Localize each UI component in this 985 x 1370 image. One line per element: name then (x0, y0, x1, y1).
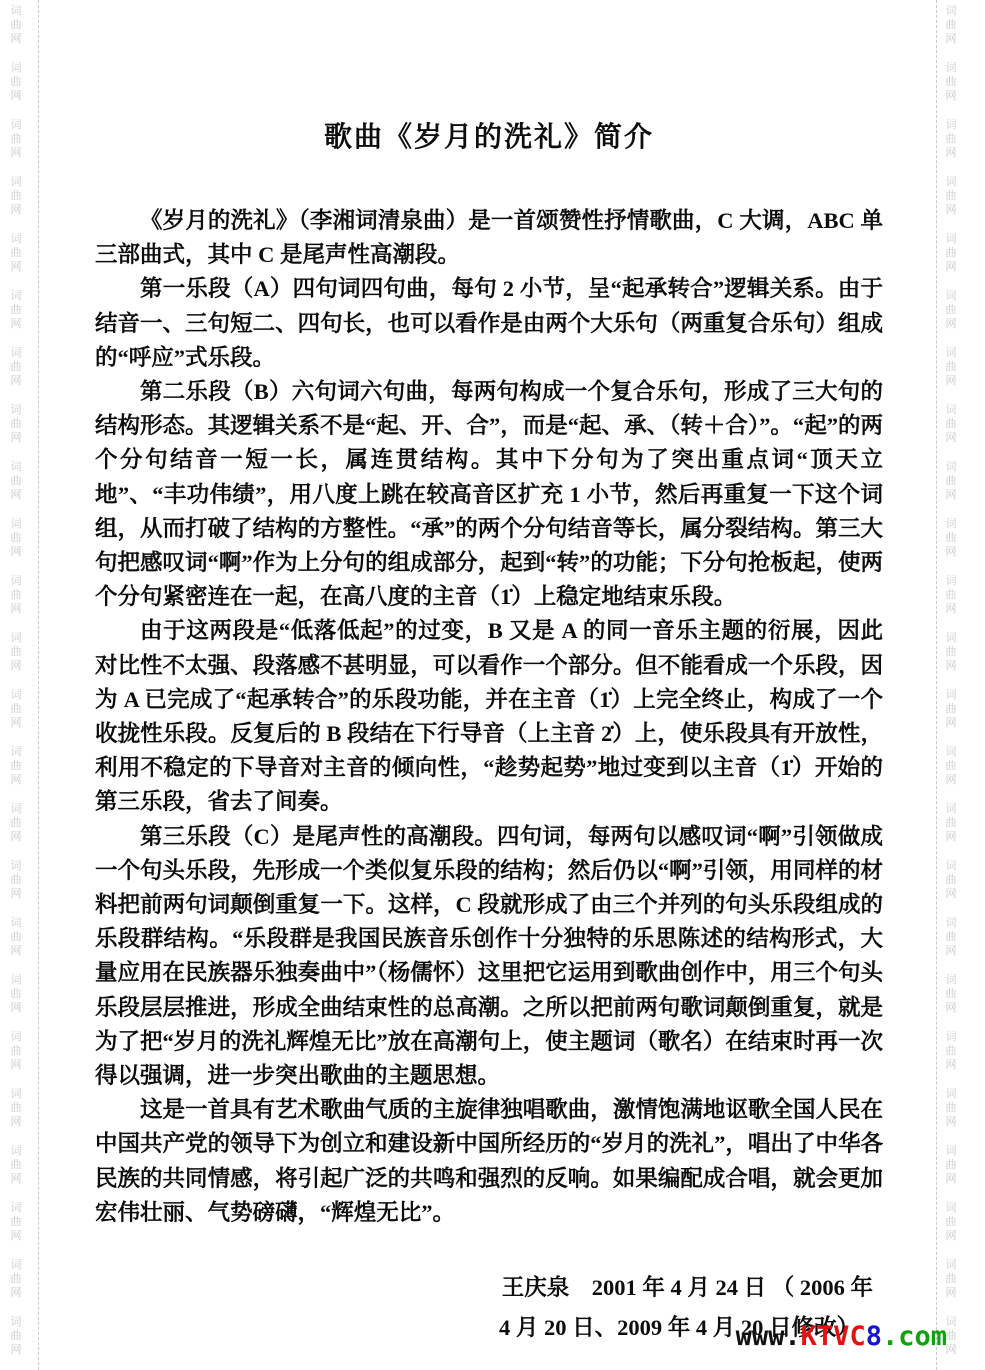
site-watermark-text: 词曲网 (941, 460, 961, 502)
site-watermark-text: 词曲网 (6, 517, 26, 559)
site-watermark-text: 词曲网 (6, 460, 26, 502)
site-watermark-text: 词曲网 (6, 1144, 26, 1186)
site-watermark-text: 词曲网 (6, 688, 26, 730)
scanned-document-page: 词曲网词曲网词曲网词曲网词曲网词曲网词曲网词曲网词曲网词曲网词曲网词曲网词曲网词… (0, 0, 985, 1370)
right-site-watermark: 词曲网词曲网词曲网词曲网词曲网词曲网词曲网词曲网词曲网词曲网词曲网词曲网词曲网词… (941, 4, 961, 1370)
site-watermark-text: 词曲网 (6, 1258, 26, 1300)
site-watermark-text: 词曲网 (941, 289, 961, 331)
site-watermark-text: 词曲网 (6, 403, 26, 445)
site-watermark-text: 词曲网 (941, 973, 961, 1015)
site-watermark-text: 词曲网 (6, 1201, 26, 1243)
page-title: 歌曲《岁月的洗礼》简介 (95, 118, 883, 158)
document-content: 歌曲《岁月的洗礼》简介 《岁月的洗礼》（李湘词清泉曲）是一首颂赞性抒情歌曲，C … (95, 118, 883, 1348)
right-dashed-divider (936, 0, 937, 1370)
site-watermark-text: 词曲网 (6, 4, 26, 46)
logo-segment: KTVC (801, 1321, 866, 1352)
site-watermark-text: 词曲网 (6, 1087, 26, 1129)
site-watermark-text: 词曲网 (6, 574, 26, 616)
paragraph-intro: 《岁月的洗礼》（李湘词清泉曲）是一首颂赞性抒情歌曲，C 大调，ABC 单三部曲式… (95, 204, 883, 272)
site-watermark-text: 词曲网 (941, 745, 961, 787)
site-watermark-text: 词曲网 (941, 916, 961, 958)
site-watermark-text: 词曲网 (6, 1315, 26, 1357)
paragraph-section-c: 第三乐段（C）是尾声性的高潮段。四句词，每两句以感叹词“啊”引领做成一个句头乐段… (95, 820, 883, 1094)
site-watermark-text: 词曲网 (6, 859, 26, 901)
site-watermark-text: 词曲网 (941, 61, 961, 103)
site-watermark-text: 词曲网 (6, 61, 26, 103)
site-watermark-text: 词曲网 (941, 1030, 961, 1072)
site-watermark-text: 词曲网 (941, 1087, 961, 1129)
ktvc8-logo: www.KTVC8.com (736, 1322, 947, 1352)
paragraph-transition: 由于这两段是“低落低起”的过变，B 又是 A 的同一音乐主题的衍展，因此对比性不… (95, 614, 883, 819)
site-watermark-text: 词曲网 (941, 175, 961, 217)
site-watermark-text: 词曲网 (941, 118, 961, 160)
paragraph-section-b: 第二乐段（B）六句词六句曲，每两句构成一个复合乐句，形成了三大句的结构形态。其逻… (95, 375, 883, 614)
site-watermark-text: 词曲网 (941, 631, 961, 673)
site-watermark-text: 词曲网 (6, 232, 26, 274)
site-watermark-text: 词曲网 (941, 346, 961, 388)
site-watermark-text: 词曲网 (6, 346, 26, 388)
site-watermark-text: 词曲网 (6, 631, 26, 673)
signature-author-date: 王庆泉 2001 年 4 月 24 日 （ 2006 年 (95, 1268, 873, 1308)
site-watermark-text: 词曲网 (6, 745, 26, 787)
paragraph-conclusion: 这是一首具有艺术歌曲气质的主旋律独唱歌曲，激情饱满地讴歌全国人民在中国共产党的领… (95, 1093, 883, 1230)
logo-segment: .com (882, 1321, 947, 1352)
site-watermark-text: 词曲网 (6, 802, 26, 844)
site-watermark-text: 词曲网 (6, 916, 26, 958)
site-watermark-text: 词曲网 (6, 118, 26, 160)
site-watermark-text: 词曲网 (941, 517, 961, 559)
site-watermark-text: 词曲网 (6, 175, 26, 217)
site-watermark-text: 词曲网 (941, 1201, 961, 1243)
logo-segment: www. (736, 1321, 801, 1352)
site-watermark-text: 词曲网 (6, 289, 26, 331)
site-watermark-text: 词曲网 (941, 232, 961, 274)
left-site-watermark: 词曲网词曲网词曲网词曲网词曲网词曲网词曲网词曲网词曲网词曲网词曲网词曲网词曲网词… (6, 4, 26, 1370)
site-watermark-text: 词曲网 (941, 1144, 961, 1186)
site-watermark-text: 词曲网 (941, 574, 961, 616)
site-watermark-text: 词曲网 (6, 973, 26, 1015)
site-watermark-text: 词曲网 (941, 1258, 961, 1300)
left-dashed-divider (38, 0, 39, 1370)
logo-segment: 8 (866, 1321, 882, 1352)
site-watermark-text: 词曲网 (941, 403, 961, 445)
site-watermark-text: 词曲网 (941, 802, 961, 844)
paragraph-section-a: 第一乐段（A）四句词四句曲，每句 2 小节，呈“起承转合”逻辑关系。由于结音一、… (95, 272, 883, 375)
site-watermark-text: 词曲网 (941, 859, 961, 901)
site-watermark-text: 词曲网 (941, 4, 961, 46)
site-watermark-text: 词曲网 (941, 688, 961, 730)
site-watermark-text: 词曲网 (6, 1030, 26, 1072)
